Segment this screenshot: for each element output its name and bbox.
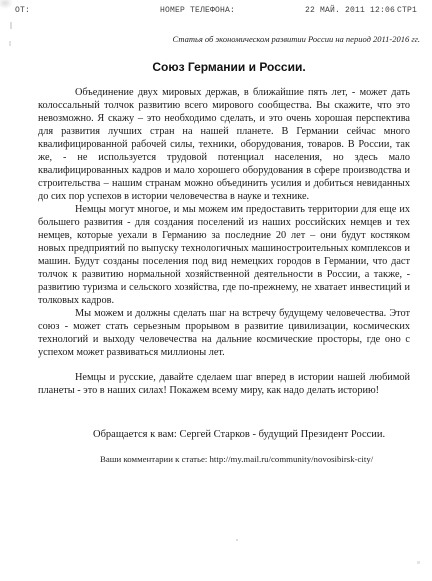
paragraph-union: Объединение двух мировых держав, в ближа… bbox=[38, 86, 410, 203]
article-title: Союз Германии и России. bbox=[38, 60, 420, 74]
fax-page-number: СТР1 bbox=[397, 6, 417, 15]
scan-speck bbox=[417, 561, 420, 564]
paragraph-appeal: Немцы и русские, давайте сделаем шаг впе… bbox=[38, 371, 410, 397]
fax-from-label: ОТ: bbox=[15, 6, 30, 15]
fax-phone-label: НОМЕР ТЕЛЕФОНА: bbox=[160, 6, 235, 15]
article-body: Объединение двух мировых держав, в ближа… bbox=[38, 86, 410, 397]
comments-url-line: Ваши комментарии к статье: http://my.mai… bbox=[100, 454, 373, 464]
signature-line: Обращается к вам: Сергей Старков - будущ… bbox=[93, 429, 385, 440]
scan-speck bbox=[9, 41, 11, 46]
paragraph-future: Мы можем и должны сделать шаг на встречу… bbox=[38, 307, 410, 359]
paragraph-germans: Немцы могут многое, и мы можем им предос… bbox=[38, 203, 410, 307]
article-subtitle: Статья об экономическом развитии России … bbox=[173, 34, 420, 44]
scan-speck bbox=[10, 22, 12, 29]
fax-header: ОТ: НОМЕР ТЕЛЕФОНА: 22 МАЙ. 2011 12:06 С… bbox=[0, 6, 432, 18]
fax-datetime: 22 МАЙ. 2011 12:06 bbox=[305, 6, 395, 15]
scan-speck bbox=[236, 539, 238, 541]
fax-page: ОТ: НОМЕР ТЕЛЕФОНА: 22 МАЙ. 2011 12:06 С… bbox=[0, 0, 432, 581]
